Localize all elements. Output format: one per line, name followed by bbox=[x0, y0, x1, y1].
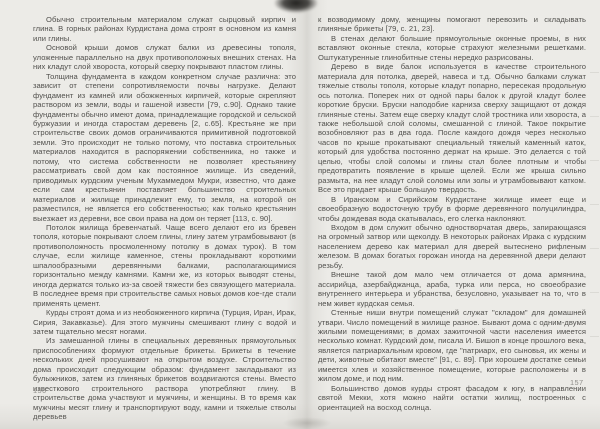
paragraph: Дерево в виде балок используется в качес… bbox=[318, 62, 586, 194]
paragraph: В Иранском и Сирийском Курдистане жилище… bbox=[318, 195, 586, 223]
paragraph: Внешне такой дом мало чем отличается от … bbox=[318, 270, 586, 308]
paragraph: Толщина фундамента в каждом конкретном с… bbox=[33, 72, 296, 223]
paragraph: Обычно строительным материалом служат сы… bbox=[33, 15, 296, 43]
paragraph: Основой крыши домов служат балки из древ… bbox=[33, 43, 296, 71]
page-right-text: к возводимому дому, женщины помогают пер… bbox=[318, 15, 586, 412]
paragraph: Потолок жилища бревенчатый. Чаще всего д… bbox=[33, 223, 296, 308]
book-scan: Обычно строительным материалом служат сы… bbox=[0, 0, 600, 429]
page-number-left: 156 bbox=[33, 386, 47, 395]
paragraph: Из замешанной глины в специальных деревя… bbox=[33, 336, 296, 421]
binding-shadow bbox=[274, 0, 318, 13]
paragraph: Курды строят дома и из необожженного кир… bbox=[33, 308, 296, 336]
paragraph: В стенах делают большие прямоугольные ок… bbox=[318, 34, 586, 62]
page-left-text: Обычно строительным материалом служат сы… bbox=[33, 15, 296, 421]
paragraph: Большинство домов курды строят фасадом к… bbox=[318, 384, 586, 412]
fore-edge-marks bbox=[590, 72, 599, 340]
page-number-right: 157 bbox=[570, 378, 584, 387]
paragraph: Стенные ниши внутри помещений служат "ск… bbox=[318, 308, 586, 384]
paragraph: к возводимому дому, женщины помогают пер… bbox=[318, 15, 586, 34]
paragraph: Входом в дом служит обычно одностворчата… bbox=[318, 223, 586, 270]
